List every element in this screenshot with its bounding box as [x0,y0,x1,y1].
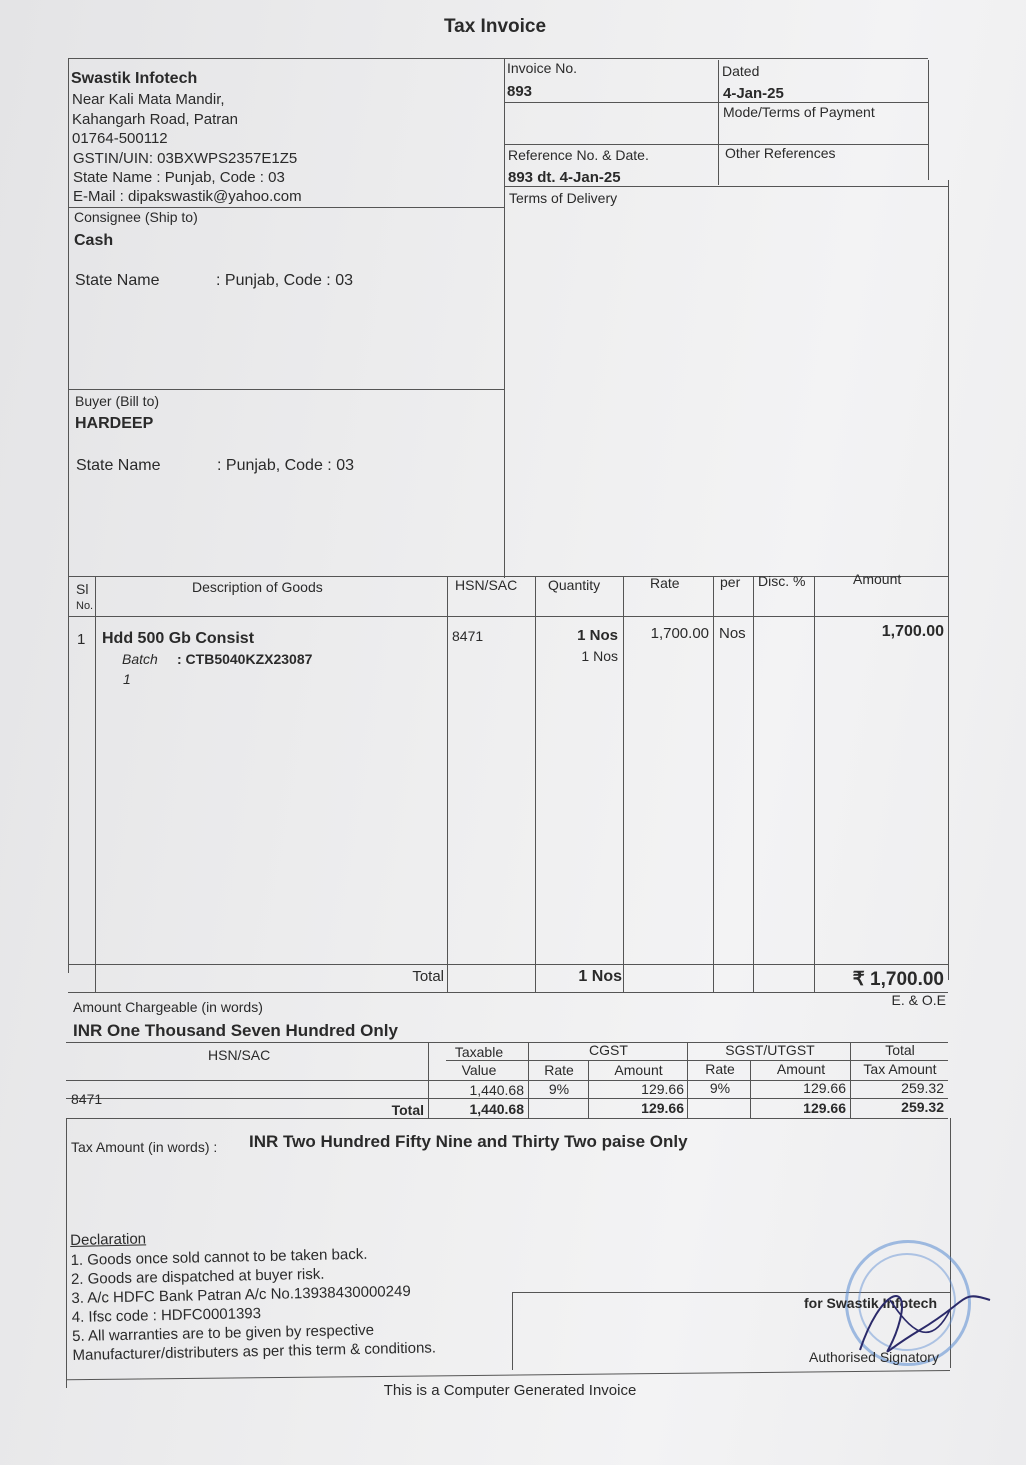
seller-email: E-Mail : dipakswastik@yahoo.com [73,188,302,205]
consignee-state-label: State Name [75,272,159,290]
tax-row-cgst-rate: 9% [530,1081,588,1097]
signature-left [512,1292,513,1370]
consignee-label: Consignee (Ship to) [74,209,198,225]
tax-words-value: INR Two Hundred Fifty Nine and Thirty Tw… [249,1132,688,1152]
tax-bottom [66,1118,948,1119]
tax-header-hsn: HSN/SAC [208,1047,270,1063]
consignee-bottom [68,389,504,390]
tax-row-sgst-rate: 9% [690,1080,750,1096]
tax-total-sgst: 129.66 [752,1100,846,1116]
col-qty [623,576,624,992]
row-rate: 1,700.00 [625,625,709,642]
meta-line-3 [504,186,948,187]
items-header-bottom [68,616,948,617]
seller-phone: 01764-500112 [72,130,168,147]
border-right [948,180,949,980]
lower-bottom [66,1370,950,1380]
tax-col-cgst-rate [588,1060,589,1118]
header-description: Description of Goods [192,579,323,595]
eoe-note: E. & O.E [860,992,946,1008]
tax-total-cgst: 129.66 [590,1100,684,1116]
tax-header-cgst-amount: Amount [590,1062,687,1078]
tax-row-sgst-amount: 129.66 [752,1080,846,1096]
tax-header-total-1: Total [852,1042,948,1058]
other-references-label: Other References [725,145,836,161]
row-batch-qty: 1 [123,671,131,687]
tax-total-label: Total [340,1102,424,1118]
tax-total-amount: 259.32 [852,1099,944,1115]
reference-value: 893 dt. 4-Jan-25 [508,169,621,186]
col-disc [814,576,815,992]
tax-col-taxable [528,1042,529,1118]
col-rate [713,576,714,992]
tax-row-total: 259.32 [852,1080,944,1096]
tax-row-bottom [66,1098,948,1099]
invoice-paper: Tax Invoice Swastik Infotech Near Kali M… [0,0,1026,1465]
meta-line-1 [504,102,928,103]
tax-header-sgst-amount: Amount [752,1061,850,1077]
row-amount: 1,700.00 [818,623,944,641]
seller-address-2: Kahangarh Road, Patran [72,111,238,128]
tax-header-cgst: CGST [530,1042,687,1058]
seller-gstin: GSTIN/UIN: 03BXWPS2357E1Z5 [73,150,297,167]
header-quantity: Quantity [548,577,600,593]
row-quantity: 1 Nos [540,627,618,644]
header-no: No. [76,600,93,612]
divider-meta [718,60,719,185]
items-bottom [68,992,948,993]
buyer-label: Buyer (Bill to) [75,393,159,409]
items-total-top [68,964,948,965]
header-hsn: HSN/SAC [455,577,517,593]
tax-header-sgst: SGST/UTGST [690,1042,850,1058]
terms-of-delivery-label: Terms of Delivery [509,190,617,206]
row-hsn: 8471 [452,628,483,644]
tax-total-taxable: 1,440.68 [430,1101,524,1117]
buyer-state-value: : Punjab, Code : 03 [217,457,354,475]
tax-header-cgst-rate: Rate [530,1062,588,1078]
tax-col-hsn [428,1042,429,1118]
tax-col-cgst [687,1042,688,1118]
document-title: Tax Invoice [0,16,990,38]
tax-header-taxable-1: Taxable [430,1044,528,1060]
amount-words-label: Amount Chargeable (in words) [73,999,263,1015]
tax-row-taxable: 1,440.68 [430,1082,524,1098]
reference-label: Reference No. & Date. [508,147,649,163]
seller-state: State Name : Punjab, Code : 03 [73,169,285,186]
col-desc [447,576,448,992]
tax-col-sgst [850,1042,851,1118]
meta-line-2 [504,144,928,145]
buyer-state-label: State Name [76,457,160,475]
dated-label: Dated [722,63,759,79]
lower-left [66,1118,67,1388]
signature-scribble-icon [840,1270,1000,1370]
border-right-top [928,60,929,180]
header-disc: Disc. % [758,573,805,589]
tax-header-total-2: Tax Amount [852,1061,948,1077]
consignee-state-value: : Punjab, Code : 03 [216,272,353,290]
payment-terms-label: Mode/Terms of Payment [723,104,875,120]
header-rate: Rate [650,575,680,591]
tax-row-cgst-amount: 129.66 [590,1081,684,1097]
row-sl: 1 [77,631,85,648]
header-sl: Sl [76,581,88,597]
tax-col-sgst-rate [750,1060,751,1118]
border-top [68,58,928,59]
divider-mid [504,58,505,578]
seller-bottom [68,207,504,208]
row-description: Hdd 500 Gb Consist [102,630,254,648]
header-amount: Amount [853,571,901,587]
items-total-quantity: 1 Nos [540,968,622,986]
tax-row-hsn: 8471 [71,1091,102,1107]
row-batch-label: Batch [122,651,158,667]
tax-header-sgst-rate: Rate [690,1061,750,1077]
row-quantity-sub: 1 Nos [540,648,618,664]
col-hsn [535,576,536,992]
dated-value: 4-Jan-25 [723,85,784,102]
col-per [753,576,754,992]
items-total-label: Total [380,968,444,985]
declaration-block: Declaration 1. Goods once sold cannot to… [70,1224,436,1366]
seller-address-1: Near Kali Mata Mandir, [72,91,225,108]
footer-note: This is a Computer Generated Invoice [300,1382,720,1399]
border-left [68,58,69,973]
row-per: Nos [719,625,746,642]
tax-header-taxable-2: Value [430,1062,528,1078]
seller-name: Swastik Infotech [71,70,197,88]
invoice-no-label: Invoice No. [507,60,577,76]
consignee-name: Cash [74,232,113,250]
buyer-name: HARDEEP [75,415,153,433]
tax-words-label: Tax Amount (in words) : [71,1139,217,1155]
amount-words-value: INR One Thousand Seven Hundred Only [73,1021,398,1041]
invoice-no-value: 893 [507,83,532,100]
items-total-amount: ₹ 1,700.00 [816,968,944,991]
col-sl [95,576,96,992]
row-batch-value: : CTB5040KZX23087 [177,651,312,667]
header-per: per [720,574,740,590]
